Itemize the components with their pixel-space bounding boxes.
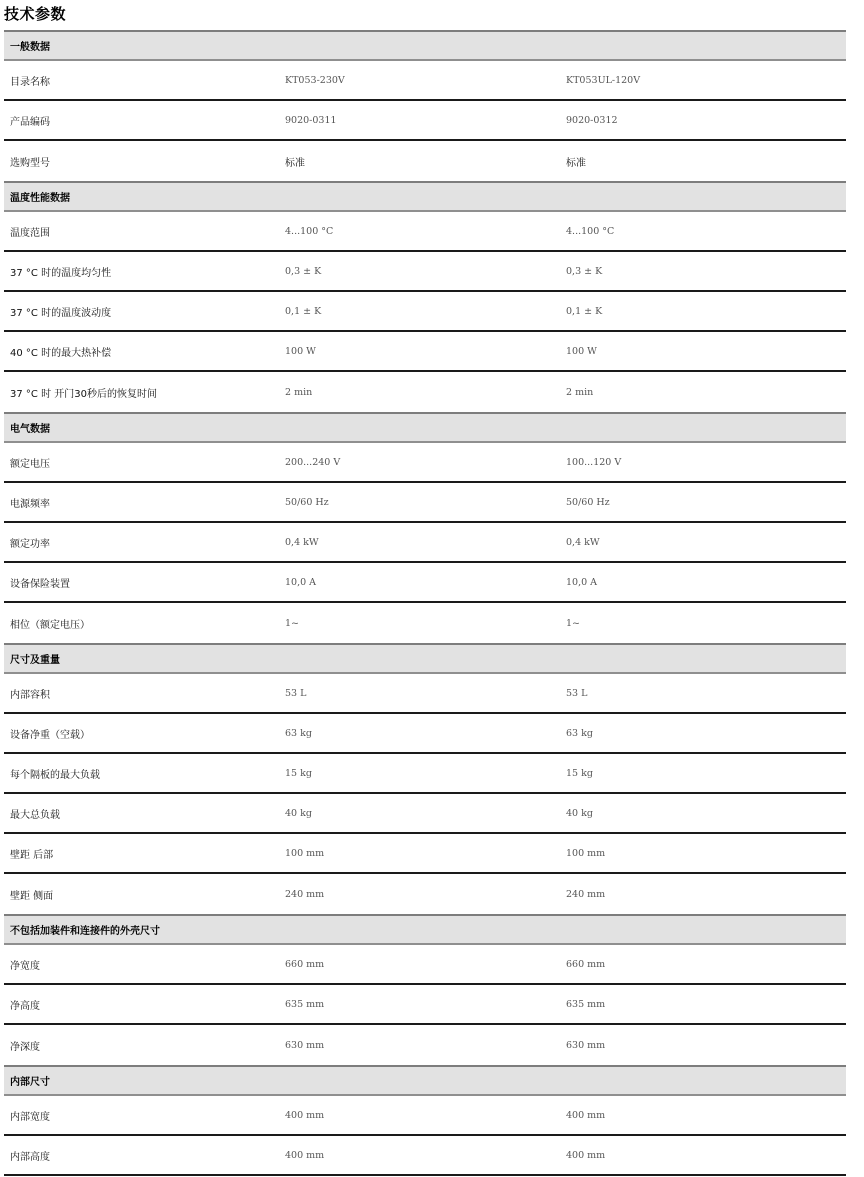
value-col-1: 0,1 ± K bbox=[285, 306, 566, 317]
value-col-2: 400 mm bbox=[566, 1150, 846, 1161]
row-label: 壁距 侧面 bbox=[4, 887, 285, 902]
page-title: 技术参数 bbox=[4, 3, 66, 24]
value-col-1: 53 L bbox=[285, 688, 566, 699]
table-row: 40 °C 时的最大热补偿 100 W 100 W bbox=[4, 332, 846, 372]
table-row: 37 °C 时的温度均匀性 0,3 ± K 0,3 ± K bbox=[4, 252, 846, 292]
value-col-1: 400 mm bbox=[285, 1150, 566, 1161]
value-col-2: 9020-0312 bbox=[566, 115, 846, 126]
section-header-external-dimensions: 不包括加装件和连接件的外壳尺寸 bbox=[4, 914, 846, 945]
value-col-1: 1~ bbox=[285, 618, 566, 629]
value-col-1: 635 mm bbox=[285, 999, 566, 1010]
value-col-1: 15 kg bbox=[285, 768, 566, 779]
row-label: 额定电压 bbox=[4, 455, 285, 470]
row-label: 37 °C 时 开门30秒后的恢复时间 bbox=[4, 385, 285, 400]
value-col-1: 100 W bbox=[285, 346, 566, 357]
table-row: 37 °C 时 开门30秒后的恢复时间 2 min 2 min bbox=[4, 372, 846, 412]
value-col-1: KT053-230V bbox=[285, 75, 566, 86]
value-col-1: 9020-0311 bbox=[285, 115, 566, 126]
value-col-2: 10,0 A bbox=[566, 577, 846, 588]
table-row: 温度范围 4...100 °C 4...100 °C bbox=[4, 212, 846, 252]
row-label: 温度范围 bbox=[4, 224, 285, 239]
table-row: 产品编码 9020-0311 9020-0312 bbox=[4, 101, 846, 141]
value-col-1: 0,3 ± K bbox=[285, 266, 566, 277]
value-col-2: 4...100 °C bbox=[566, 226, 846, 237]
value-col-2: 0,3 ± K bbox=[566, 266, 846, 277]
value-col-1: 200...240 V bbox=[285, 457, 566, 468]
value-col-2: 2 min bbox=[566, 387, 846, 398]
row-label: 设备保险装置 bbox=[4, 575, 285, 590]
row-label: 最大总负载 bbox=[4, 806, 285, 821]
value-col-2: 100...120 V bbox=[566, 457, 846, 468]
row-label: 产品编码 bbox=[4, 113, 285, 128]
row-label: 选购型号 bbox=[4, 154, 285, 169]
table-row: 最大总负载 40 kg 40 kg bbox=[4, 794, 846, 834]
section-header-internal-dimensions: 内部尺寸 bbox=[4, 1065, 846, 1096]
table-row: 额定功率 0,4 kW 0,4 kW bbox=[4, 523, 846, 563]
value-col-2: 0,4 kW bbox=[566, 537, 846, 548]
table-row: 额定电压 200...240 V 100...120 V bbox=[4, 443, 846, 483]
value-col-2: 63 kg bbox=[566, 728, 846, 739]
value-col-1: 标准 bbox=[285, 154, 566, 169]
table-row: 净宽度 660 mm 660 mm bbox=[4, 945, 846, 985]
value-col-1: 100 mm bbox=[285, 848, 566, 859]
value-col-1: 0,4 kW bbox=[285, 537, 566, 548]
row-label: 额定功率 bbox=[4, 535, 285, 550]
table-row: 内部宽度 400 mm 400 mm bbox=[4, 1096, 846, 1136]
table-row: 内部高度 400 mm 400 mm bbox=[4, 1136, 846, 1176]
table-row: 选购型号 标准 标准 bbox=[4, 141, 846, 181]
table-row: 37 °C 时的温度波动度 0,1 ± K 0,1 ± K bbox=[4, 292, 846, 332]
value-col-2: 100 W bbox=[566, 346, 846, 357]
section-header-electrical: 电气数据 bbox=[4, 412, 846, 443]
row-label: 净深度 bbox=[4, 1038, 285, 1053]
row-label: 37 °C 时的温度均匀性 bbox=[4, 264, 285, 279]
spec-table: 一般数据 目录名称 KT053-230V KT053UL-120V 产品编码 9… bbox=[4, 30, 846, 1176]
value-col-2: 标准 bbox=[566, 154, 846, 169]
section-header-dimensions-weight: 尺寸及重量 bbox=[4, 643, 846, 674]
value-col-2: 630 mm bbox=[566, 1040, 846, 1051]
table-row: 壁距 后部 100 mm 100 mm bbox=[4, 834, 846, 874]
value-col-1: 4...100 °C bbox=[285, 226, 566, 237]
row-label: 内部容积 bbox=[4, 686, 285, 701]
value-col-1: 10,0 A bbox=[285, 577, 566, 588]
value-col-2: 1~ bbox=[566, 618, 846, 629]
table-row: 净高度 635 mm 635 mm bbox=[4, 985, 846, 1025]
value-col-2: 50/60 Hz bbox=[566, 497, 846, 508]
row-label: 净宽度 bbox=[4, 957, 285, 972]
section-header-temperature: 温度性能数据 bbox=[4, 181, 846, 212]
table-row: 每个隔板的最大负载 15 kg 15 kg bbox=[4, 754, 846, 794]
value-col-1: 630 mm bbox=[285, 1040, 566, 1051]
table-row: 壁距 侧面 240 mm 240 mm bbox=[4, 874, 846, 914]
value-col-1: 240 mm bbox=[285, 889, 566, 900]
value-col-2: 15 kg bbox=[566, 768, 846, 779]
table-row: 目录名称 KT053-230V KT053UL-120V bbox=[4, 61, 846, 101]
row-label: 相位（额定电压） bbox=[4, 616, 285, 631]
value-col-1: 50/60 Hz bbox=[285, 497, 566, 508]
value-col-2: 40 kg bbox=[566, 808, 846, 819]
value-col-1: 2 min bbox=[285, 387, 566, 398]
table-row: 设备保险装置 10,0 A 10,0 A bbox=[4, 563, 846, 603]
value-col-2: 53 L bbox=[566, 688, 846, 699]
row-label: 每个隔板的最大负载 bbox=[4, 766, 285, 781]
table-row: 设备净重（空载） 63 kg 63 kg bbox=[4, 714, 846, 754]
row-label: 设备净重（空载） bbox=[4, 726, 285, 741]
value-col-2: 660 mm bbox=[566, 959, 846, 970]
table-row: 内部容积 53 L 53 L bbox=[4, 674, 846, 714]
row-label: 壁距 后部 bbox=[4, 846, 285, 861]
table-row: 相位（额定电压） 1~ 1~ bbox=[4, 603, 846, 643]
row-label: 目录名称 bbox=[4, 73, 285, 88]
value-col-2: 100 mm bbox=[566, 848, 846, 859]
value-col-1: 40 kg bbox=[285, 808, 566, 819]
value-col-1: 63 kg bbox=[285, 728, 566, 739]
row-label: 40 °C 时的最大热补偿 bbox=[4, 344, 285, 359]
table-row: 电源频率 50/60 Hz 50/60 Hz bbox=[4, 483, 846, 523]
row-label: 净高度 bbox=[4, 997, 285, 1012]
table-row: 净深度 630 mm 630 mm bbox=[4, 1025, 846, 1065]
value-col-2: 0,1 ± K bbox=[566, 306, 846, 317]
value-col-2: 635 mm bbox=[566, 999, 846, 1010]
row-label: 电源频率 bbox=[4, 495, 285, 510]
row-label: 内部宽度 bbox=[4, 1108, 285, 1123]
section-header-general: 一般数据 bbox=[4, 30, 846, 61]
value-col-1: 400 mm bbox=[285, 1110, 566, 1121]
row-label: 37 °C 时的温度波动度 bbox=[4, 304, 285, 319]
value-col-2: 400 mm bbox=[566, 1110, 846, 1121]
value-col-2: 240 mm bbox=[566, 889, 846, 900]
value-col-1: 660 mm bbox=[285, 959, 566, 970]
row-label: 内部高度 bbox=[4, 1148, 285, 1163]
value-col-2: KT053UL-120V bbox=[566, 75, 846, 86]
